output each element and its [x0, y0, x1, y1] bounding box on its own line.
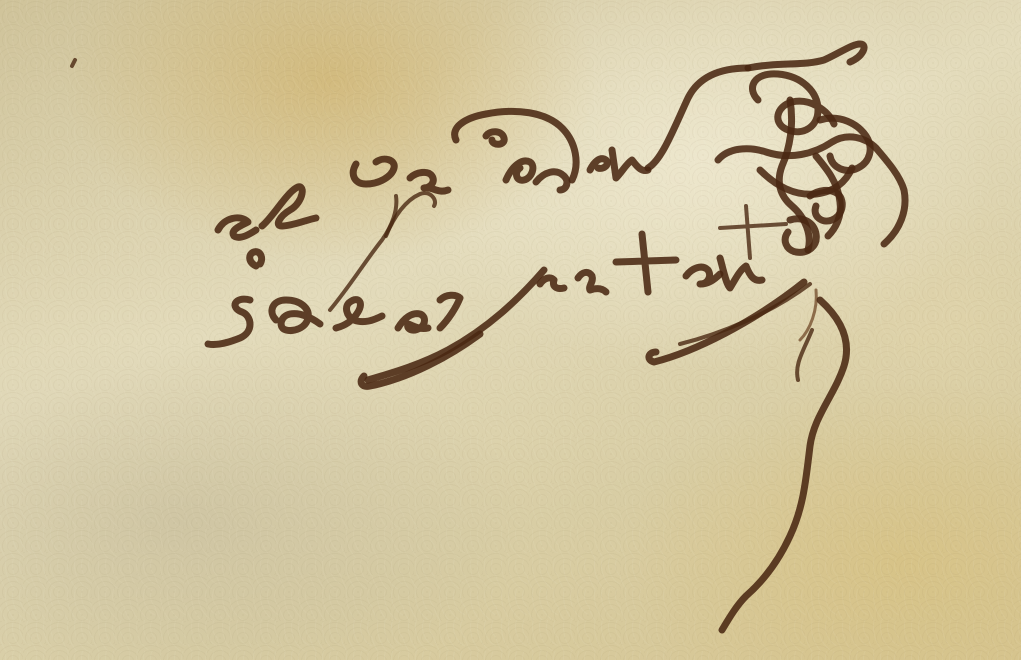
ink-speck — [72, 60, 75, 66]
handwriting-line-1 — [218, 68, 748, 237]
descending-ink-stroke — [722, 300, 847, 630]
signature-rubric — [718, 44, 905, 258]
handwritten-ink — [0, 0, 1021, 660]
